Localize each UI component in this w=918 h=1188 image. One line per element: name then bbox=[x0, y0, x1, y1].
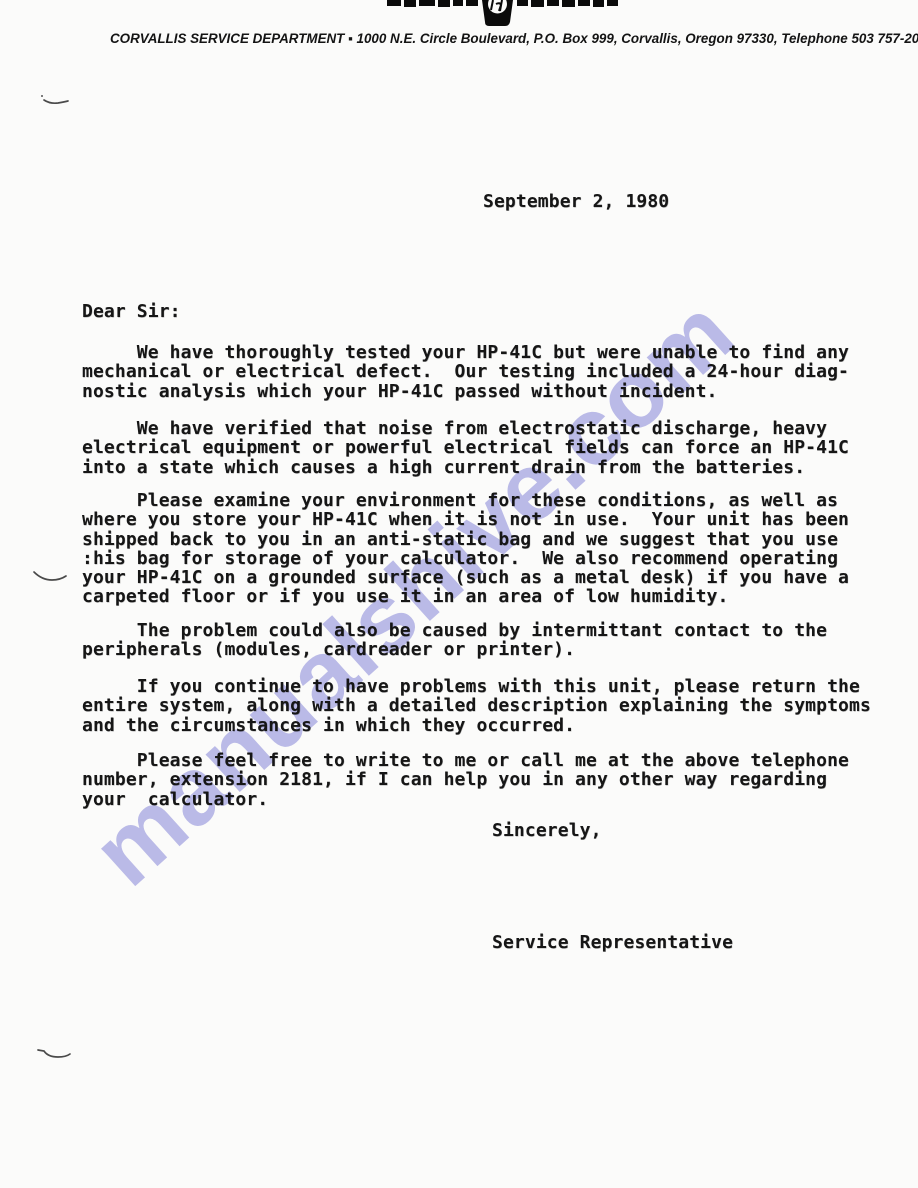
scanned-letter-page: manualshive.com CORVALLIS S bbox=[0, 0, 918, 1188]
letter-date: September 2, 1980 bbox=[483, 192, 669, 211]
margin-squiggle-icon bbox=[26, 564, 70, 586]
letter-salutation: Dear Sir: bbox=[82, 302, 181, 321]
hewlett-text-fragment bbox=[387, 0, 478, 7]
letter-paragraph: If you continue to have problems with th… bbox=[82, 677, 871, 735]
letter-paragraph: The problem could also be caused by inte… bbox=[82, 621, 827, 660]
hp-logo-icon bbox=[0, 0, 918, 60]
packard-text-fragment bbox=[517, 0, 618, 7]
margin-squiggle-icon bbox=[30, 90, 74, 110]
dept-address-line: CORVALLIS SERVICE DEPARTMENT ▪ 1000 N.E.… bbox=[110, 31, 900, 46]
letter-paragraph: We have verified that noise from electro… bbox=[82, 419, 849, 477]
letter-closing: Sincerely, bbox=[492, 821, 602, 840]
hp-badge bbox=[482, 0, 513, 26]
letter-paragraph: Please examine your environment for thes… bbox=[82, 491, 849, 607]
signature-title: Service Representative bbox=[492, 933, 733, 952]
margin-squiggle-icon bbox=[32, 1042, 76, 1064]
letter-paragraph: Please feel free to write to me or call … bbox=[82, 751, 849, 809]
letter-paragraph: We have thoroughly tested your HP-41C bu… bbox=[82, 343, 849, 401]
